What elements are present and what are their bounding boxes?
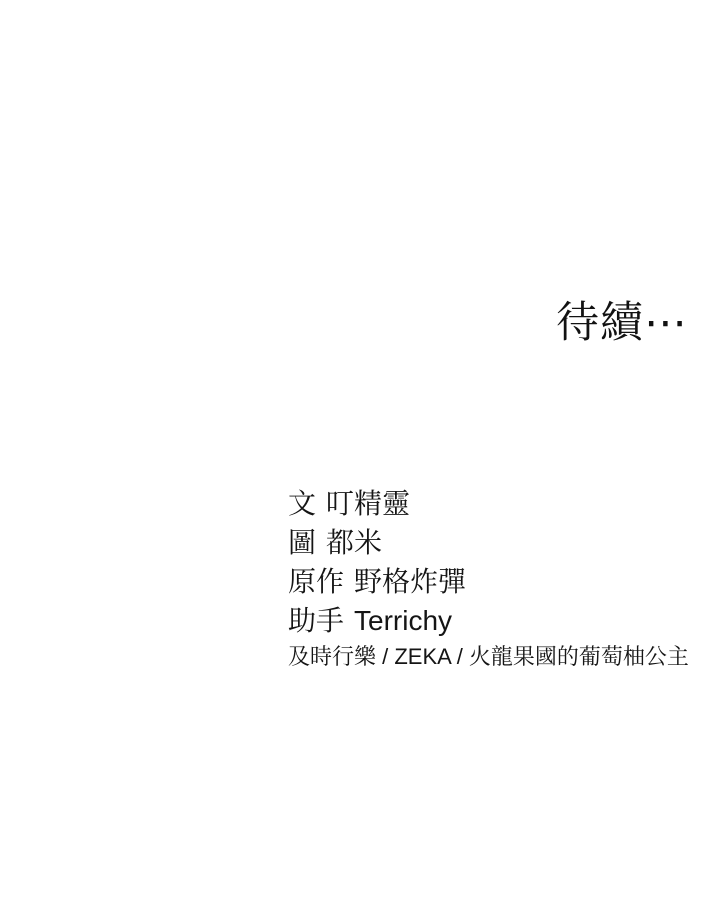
credits-block: 文叮精靈 圖都米 原作野格炸彈 助手Terrichy 及時行樂 / ZEKA /…	[288, 484, 689, 671]
credit-assistants-line: 及時行樂 / ZEKA / 火龍果國的葡萄柚公主	[288, 642, 689, 671]
credit-row-artist: 圖都米	[288, 523, 689, 562]
credit-label-original-author: 原作	[288, 566, 344, 597]
credit-row-original-author: 原作野格炸彈	[288, 562, 689, 601]
credit-row-writer: 文叮精靈	[288, 484, 689, 523]
to-be-continued-text: 待續⋯	[556, 289, 688, 350]
credit-name-artist: 都米	[326, 527, 382, 558]
credit-name-assistant: Terrichy	[354, 605, 452, 636]
credit-label-assistant: 助手	[288, 605, 344, 636]
credit-name-writer: 叮精靈	[326, 488, 410, 519]
webtoon-end-page: 待續⋯ 文叮精靈 圖都米 原作野格炸彈 助手Terrichy 及時行樂 / ZE…	[0, 0, 720, 915]
credit-label-writer: 文	[288, 488, 316, 519]
credit-row-assistant: 助手Terrichy	[288, 601, 689, 640]
credit-label-artist: 圖	[288, 527, 316, 558]
credit-name-original-author: 野格炸彈	[354, 566, 466, 597]
